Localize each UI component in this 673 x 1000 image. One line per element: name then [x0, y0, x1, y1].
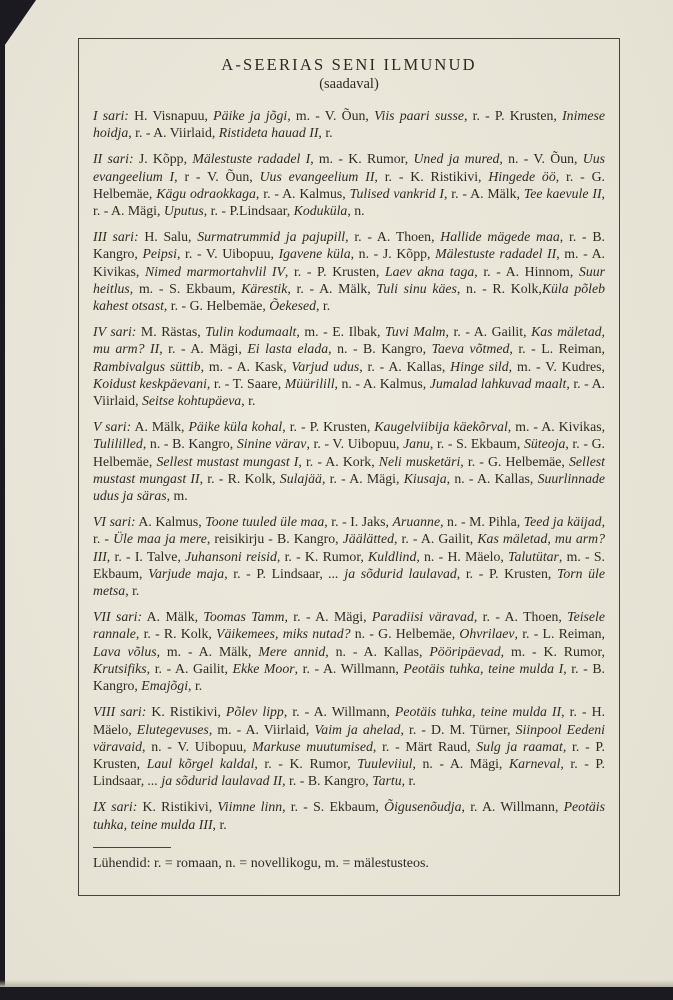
author-and-type: , m. - V. Kudres,	[509, 359, 605, 374]
series-label: I sari:	[93, 108, 129, 123]
book-title: Toone tuuled üle maa	[205, 514, 324, 529]
abbreviations-note: Lühendid: r. = romaan, n. = novellikogu,…	[93, 855, 605, 872]
book-title: Peotäis tuhka, teine mulda I	[403, 661, 563, 676]
book-title: Üle maa ja mere	[113, 531, 207, 546]
author-and-type: , r. - A. Gailit,	[147, 661, 233, 676]
author-and-type: , n.	[347, 203, 364, 218]
scanned-book-page: A-SEERIAS SENI ILMUNUD (saadaval) I sari…	[0, 0, 673, 1000]
book-title: Uus evangeelium II	[260, 169, 375, 184]
author-and-type: , r. - A. Thoen,	[474, 609, 567, 624]
book-title: Tulililled	[93, 436, 143, 451]
series-label: VI sari:	[93, 514, 136, 529]
book-title: Paradiisi väravad	[372, 609, 474, 624]
book-title: Sulg ja raamat	[476, 739, 563, 754]
book-title: Ekke Moor	[233, 661, 295, 676]
series-label: IV sari:	[93, 324, 136, 339]
book-title: Laul kõrgel kaldal	[147, 756, 255, 771]
book-title: Tuvi Malm	[385, 324, 446, 339]
author-and-type: , m. - A. Viirlaid,	[209, 722, 315, 737]
book-title: Neli musketäri	[379, 454, 461, 469]
author-and-type: , r. - A. Kallas,	[359, 359, 450, 374]
book-title: Jäälätted	[343, 531, 394, 546]
author-and-type: , r. - K. Rumor,	[254, 756, 357, 771]
book-title: Tulised vankrid I	[350, 186, 444, 201]
author-and-type: A. Kalmus,	[136, 514, 206, 529]
series-label: III sari:	[93, 229, 139, 244]
author-and-type: , n. - B. Kangro,	[143, 436, 237, 451]
author-and-type: , r.	[402, 773, 416, 788]
book-title: Vaim ja ahelad	[314, 722, 400, 737]
book-title: Hingede öö	[488, 169, 555, 184]
author-and-type: , n. - A. Kallas,	[325, 644, 429, 659]
author-and-type: , r. A. Willmann,	[462, 799, 564, 814]
series-paragraph-I: I sari: H. Visnapuu, Päike ja jõgi, m. -…	[93, 107, 605, 141]
author-and-type: , r. - A. Kork,	[298, 454, 378, 469]
author-and-type: , r. - R. Kolk,	[136, 626, 216, 641]
book-title: Müürilill	[285, 376, 335, 391]
book-title: Jumalad lahkuvad maalt	[430, 376, 567, 391]
author-and-type: , r. - A. Willmann,	[295, 661, 404, 676]
author-and-type: , r. - D. M. Türner,	[400, 722, 515, 737]
author-and-type: , r. - V. Uibopuu,	[177, 246, 279, 261]
author-and-type: , r. - I. Talve,	[107, 549, 185, 564]
author-and-type: , n. - A. Mägi,	[412, 756, 509, 771]
author-and-type: H. Salu,	[139, 229, 198, 244]
book-title: ... ja sõdurid laulavad II	[148, 773, 283, 788]
author-and-type: , r. - A. Mägi,	[284, 609, 371, 624]
author-and-type: , r. - S. Ekbaum,	[430, 436, 524, 451]
book-title: Hallide mägede maa	[440, 229, 560, 244]
series-label: VIII sari:	[93, 704, 146, 719]
series-label: V sari:	[93, 419, 131, 434]
author-and-type: , n. - A. Kallas,	[447, 471, 538, 486]
book-title: Õekesed	[269, 298, 316, 313]
book-title: Kiusaja	[404, 471, 447, 486]
book-title: Päike ja jõgi	[213, 108, 287, 123]
author-and-type: , r. - A. Mälk,	[287, 281, 376, 296]
author-and-type: , r. - A. Hinnom,	[474, 264, 579, 279]
author-and-type: , m. - A. Kask,	[201, 359, 292, 374]
book-title: Sulajää	[280, 471, 322, 486]
author-and-type: K. Ristikivi,	[146, 704, 226, 719]
book-title: Surmatrummid ja pajupill	[197, 229, 345, 244]
book-title: Ohvrilaev	[459, 626, 514, 641]
book-title: Kuldlind	[368, 549, 416, 564]
author-and-type: , r. - A. Mälk,	[444, 186, 524, 201]
author-and-type: , r. - V. Uibopuu,	[306, 436, 403, 451]
author-and-type: , r.	[318, 125, 332, 140]
author-and-type: , m. - K. Rumor,	[501, 644, 605, 659]
book-title: Igavene küla	[279, 246, 351, 261]
book-title: Taeva võtmed	[432, 341, 510, 356]
series-paragraph-VIII: VIII sari: K. Ristikivi, Põlev lipp, r. …	[93, 703, 605, 789]
book-title: Mälestuste radadel II	[435, 246, 556, 261]
author-and-type: , n. - J. Kõpp,	[351, 246, 435, 261]
author-and-type: , r. - P. Lindsaar,	[224, 566, 328, 581]
author-and-type: , r. - P. Krusten,	[285, 264, 385, 279]
author-and-type: , n. - V. Uibopuu,	[142, 739, 252, 754]
author-and-type: , r.	[188, 678, 202, 693]
book-title: Peipsi	[142, 246, 177, 261]
series-paragraph-II: II sari: J. Kõpp, Mälestuste radadel I, …	[93, 150, 605, 219]
author-and-type: , r. - A. Mägi,	[322, 471, 404, 486]
author-and-type: , n. - A. Kalmus,	[335, 376, 430, 391]
author-and-type: , r. - K. Rumor,	[277, 549, 368, 564]
series-label: IX sari:	[93, 799, 137, 814]
author-and-type: , r. - R. Kolk,	[200, 471, 280, 486]
author-and-type: , r. - K. Ristikivi,	[374, 169, 488, 184]
author-and-type: , r. - L. Reiman,	[515, 626, 605, 641]
book-title: ... ja sõdurid laulavad	[328, 566, 456, 581]
book-title: Talutütar	[508, 549, 559, 564]
author-and-type: A. Mälk,	[142, 609, 203, 624]
book-title: Elutegevuses	[137, 722, 209, 737]
book-title: Põlev lipp	[226, 704, 284, 719]
book-title: Seitse kohtupäeva	[142, 393, 241, 408]
author-and-type: , r. - A. Gailit,	[446, 324, 532, 339]
author-and-type: , r. - A. Mägi,	[159, 341, 247, 356]
photo-backdrop-corner	[0, 0, 36, 52]
book-title: Viimne linn	[217, 799, 282, 814]
book-title: Markuse muutumised	[252, 739, 373, 754]
book-title: Kägu odraokkaga	[156, 186, 256, 201]
author-and-type: , r.	[125, 583, 139, 598]
book-title: Rambivalgus süttib	[93, 359, 201, 374]
page-title: A-SEERIAS SENI ILMUNUD	[93, 55, 605, 75]
book-title: Kaugelviibija käekõrval	[374, 419, 508, 434]
author-and-type: , m. - S. Ekbaum,	[130, 281, 241, 296]
book-title: Tulin kodumaalt	[205, 324, 296, 339]
book-title: Mere annid	[258, 644, 325, 659]
footnote-rule	[93, 847, 171, 848]
book-title: Krutsifiks	[93, 661, 147, 676]
book-title: Mälestuste radadel I	[192, 151, 310, 166]
author-and-type: , r. - Märt Raud,	[373, 739, 476, 754]
book-title: Kärestik	[241, 281, 287, 296]
author-and-type: , n. - B. Kangro,	[328, 341, 431, 356]
book-title: Nimed marmortahvlil IV	[145, 264, 285, 279]
book-title: Süteoja	[524, 436, 565, 451]
book-title: Laev akna taga	[385, 264, 474, 279]
author-and-type: , r. - A. Viirlaid,	[128, 125, 219, 140]
author-and-type: H. Visnapuu,	[129, 108, 213, 123]
author-and-type: , r. - L. Reiman,	[509, 341, 605, 356]
book-title: Väikemees, miks nutad?	[216, 626, 351, 641]
book-title: Koduküla	[294, 203, 348, 218]
book-title: Õigusenõudja	[384, 799, 461, 814]
book-title: Sinine värav	[237, 436, 307, 451]
author-and-type: , r. - P. Krusten,	[464, 108, 562, 123]
book-title: Aruanne	[393, 514, 441, 529]
series-paragraph-VI: VI sari: A. Kalmus, Toone tuuled üle maa…	[93, 513, 605, 599]
author-and-type: , n. - M. Pihla,	[440, 514, 524, 529]
author-and-type: , reisikirju - B. Kangro,	[207, 531, 343, 546]
author-and-type: , r. - A. Thoen,	[345, 229, 440, 244]
author-and-type: , r. - P. Krusten,	[282, 419, 374, 434]
book-title: Tee kaevule II	[524, 186, 602, 201]
author-and-type: , r. - S. Ekbaum,	[282, 799, 384, 814]
author-and-type: , r. - G. Helbemäe,	[460, 454, 569, 469]
author-and-type: , r. - P. Krusten,	[457, 566, 557, 581]
book-title: Teed ja käijad	[524, 514, 602, 529]
author-and-type: , r.	[316, 298, 330, 313]
author-and-type: , r. - A. Willmann,	[284, 704, 395, 719]
series-label: VII sari:	[93, 609, 142, 624]
author-and-type: , r.	[241, 393, 255, 408]
author-and-type: , m.	[167, 488, 188, 503]
author-and-type: , m. - A. Mälk,	[157, 644, 259, 659]
book-title: Tuuleviiul	[357, 756, 412, 771]
series-paragraph-III: III sari: H. Salu, Surmatrummid ja pajup…	[93, 228, 605, 314]
author-and-type: , r. - G. Helbemäe,	[164, 298, 269, 313]
page-subtitle: (saadaval)	[93, 76, 605, 93]
author-and-type: , m. - A. Kivikas,	[508, 419, 605, 434]
author-and-type: A. Mälk,	[131, 419, 188, 434]
author-and-type: , r. - A. Kalmus,	[256, 186, 350, 201]
photo-backdrop-left-edge	[0, 0, 5, 1000]
author-and-type: J. Kõpp,	[134, 151, 193, 166]
book-title: Emajõgi	[141, 678, 188, 693]
book-title: Pööripäevad	[429, 644, 500, 659]
author-and-type: , r. - I. Jaks,	[324, 514, 392, 529]
series-paragraph-VII: VII sari: A. Mälk, Toomas Tamm, r. - A. …	[93, 608, 605, 694]
author-and-type: , n. - V. Õun,	[499, 151, 582, 166]
photo-backdrop-bottom-edge	[0, 987, 673, 1000]
page-bottom-shadow	[0, 980, 673, 987]
series-list: I sari: H. Visnapuu, Päike ja jõgi, m. -…	[93, 107, 605, 833]
author-and-type: , r.	[213, 817, 227, 832]
book-title: Juhansoni reisid	[185, 549, 277, 564]
book-title: Koidust keskpäevani	[93, 376, 207, 391]
author-and-type: , n. - R. Kolk,	[457, 281, 542, 296]
book-title: Hinge sild	[450, 359, 509, 374]
book-title: Varjude maja	[148, 566, 224, 581]
author-and-type: n. - G. Helbemäe,	[351, 626, 460, 641]
series-paragraph-IX: IX sari: K. Ristikivi, Viimne linn, r. -…	[93, 798, 605, 832]
author-and-type: , r. - A. Gailit,	[394, 531, 477, 546]
author-and-type: M. Rästas,	[136, 324, 205, 339]
author-and-type: , m. - V. Õun,	[287, 108, 374, 123]
book-title: Ristideta hauad II	[219, 125, 319, 140]
book-title: Viis paari susse	[374, 108, 464, 123]
author-and-type: , r. - B. Kangro,	[282, 773, 372, 788]
author-and-type: , n. - H. Mäelo,	[416, 549, 508, 564]
book-title: Ei lasta elada	[247, 341, 328, 356]
book-title: Peotäis tuhka, teine mulda II	[395, 704, 561, 719]
author-and-type: , r. - P.Lindsaar,	[204, 203, 294, 218]
book-title: Toomas Tamm	[203, 609, 284, 624]
book-title: Tartu	[372, 773, 401, 788]
book-title: Päike küla kohal	[188, 419, 282, 434]
book-title: Uputus	[164, 203, 204, 218]
author-and-type: , r - V. Õun,	[174, 169, 259, 184]
author-and-type: K. Ristikivi,	[137, 799, 217, 814]
book-title: Lava võlus	[93, 644, 157, 659]
book-title: Uned ja mured	[413, 151, 499, 166]
book-title: Sellest mustast mungast I	[157, 454, 299, 469]
author-and-type: , r. - T. Saare,	[207, 376, 285, 391]
book-title: Tuli sinu käes	[376, 281, 456, 296]
series-label: II sari:	[93, 151, 134, 166]
series-paragraph-V: V sari: A. Mälk, Päike küla kohal, r. - …	[93, 418, 605, 504]
series-paragraph-IV: IV sari: M. Rästas, Tulin kodumaalt, m. …	[93, 323, 605, 409]
author-and-type: , m. - K. Rumor,	[310, 151, 413, 166]
printed-border-frame: A-SEERIAS SENI ILMUNUD (saadaval) I sari…	[78, 38, 620, 896]
book-title: Karneval	[509, 756, 560, 771]
book-title: Janu	[403, 436, 430, 451]
author-and-type: , m. - E. Ilbak,	[296, 324, 385, 339]
book-title: Varjud udus	[292, 359, 360, 374]
